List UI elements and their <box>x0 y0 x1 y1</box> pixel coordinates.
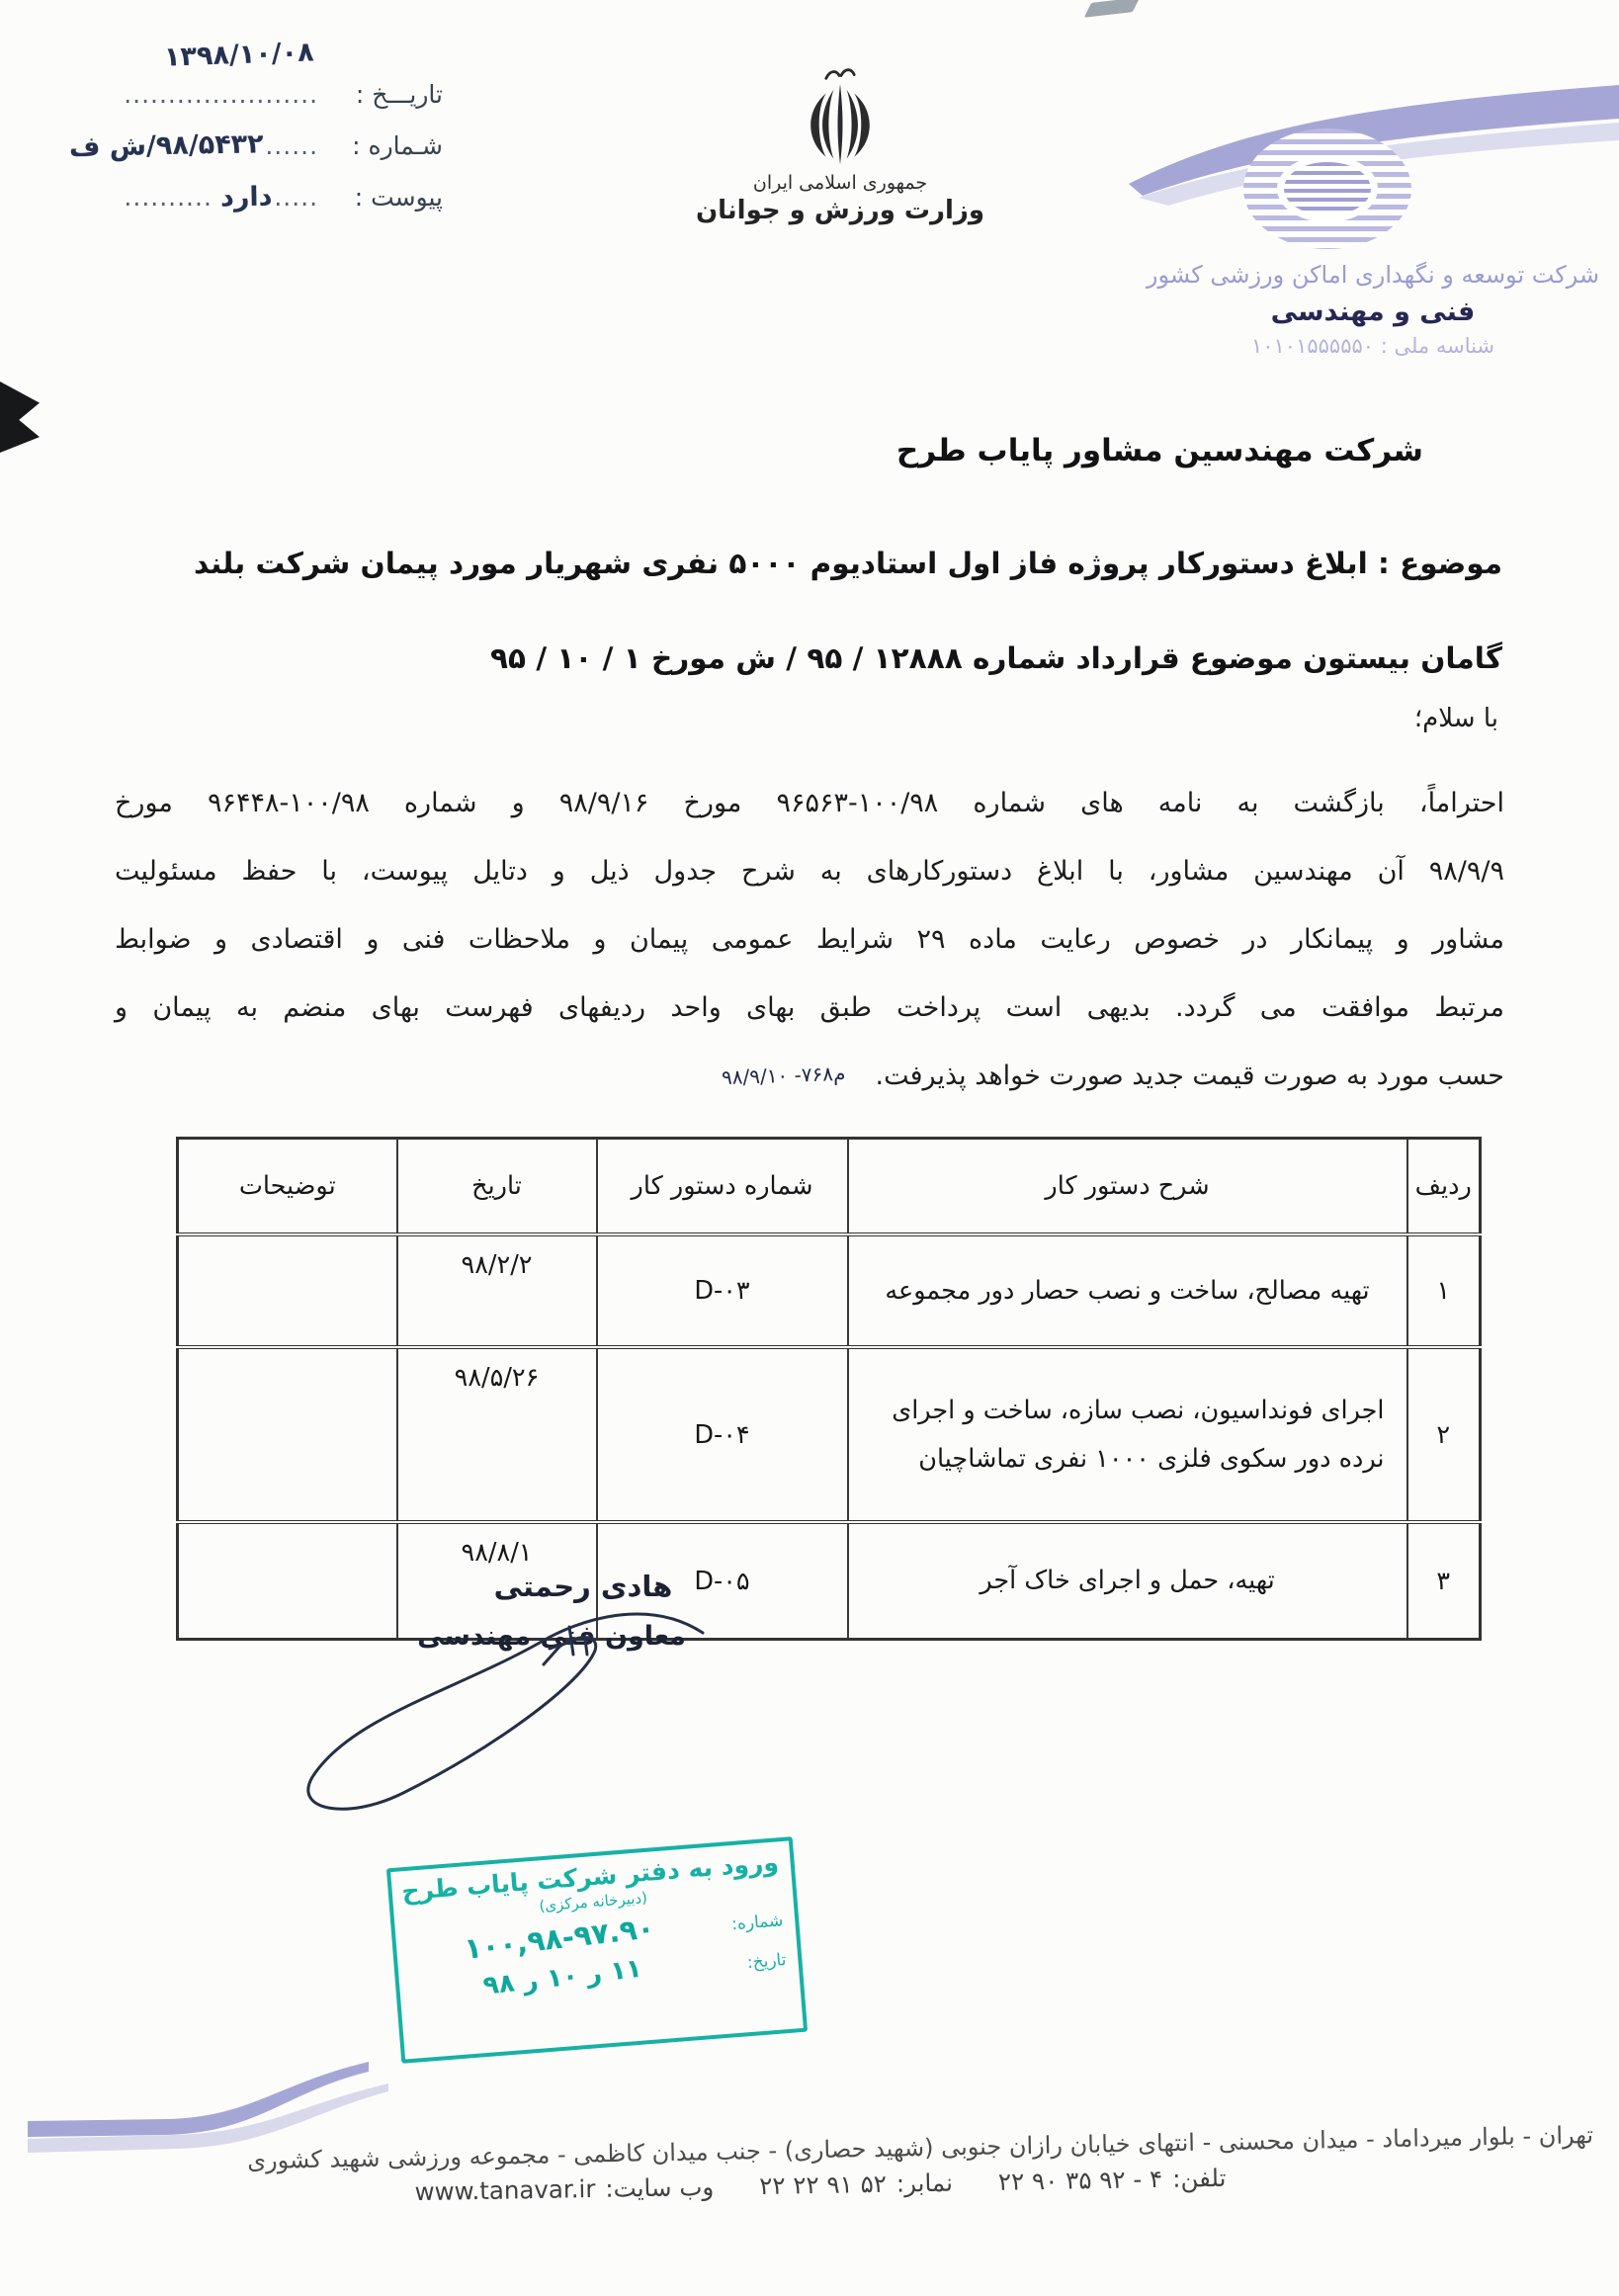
recipient-title: شرکت مهندسین مشاور پایاب طرح <box>896 433 1423 468</box>
date-label: تاریـــخ : <box>326 69 443 121</box>
striped-oval-logo-icon <box>1243 128 1411 249</box>
footer-website: وب سایت: www.tanavar.ir <box>414 2172 714 2206</box>
scanned-letter-page: تاریـــخ : ...................... ۱۳۹۸/۱… <box>0 0 1619 2296</box>
table-row: ۲ اجرای فونداسیون، نصب سازه، ساخت و اجرا… <box>178 1347 1481 1522</box>
body-line: ۹۸/۹/۹ آن مهندسین مشاور، با ابلاغ دستورک… <box>115 837 1504 905</box>
table-header: ردیف شرح دستور کار شماره دستور کار تاریخ… <box>178 1139 1481 1235</box>
footer-contacts: تلفن: ۴ - ۹۲ ۳۵ ۹۰ ۲۲ نمابر: ۵۲ ۹۱ ۲۲ ۲۲… <box>425 2164 1216 2206</box>
letter-body: احتراماً، بازگشت به نامه های شماره ۱۰۰/۹… <box>115 769 1504 1110</box>
date-leader-dots: ...................... <box>124 80 318 109</box>
org-national-id: شناسه ملی : ۱۰۱۰۱۵۵۵۵۵۰ <box>1127 334 1619 358</box>
stamp-number-label: شماره: <box>710 1911 784 1936</box>
fax-label: نمابر: <box>896 2168 954 2198</box>
stamp-date-label: تاریخ: <box>713 1950 787 1976</box>
body-line: احتراماً، بازگشت به نامه های شماره ۱۰۰/۹… <box>115 769 1504 837</box>
attachment-label: پیوست : <box>326 172 443 223</box>
cell-row-no: ۲ <box>1407 1347 1481 1522</box>
phone-value: ۴ - ۹۲ ۳۵ ۹۰ ۲۲ <box>998 2165 1163 2196</box>
number-label: شـماره : <box>326 121 443 172</box>
cell-notes <box>178 1347 397 1522</box>
col-header-row-no: ردیف <box>1407 1139 1481 1235</box>
cell-description: اجرای فونداسیون، نصب سازه، ساخت و اجرای … <box>848 1347 1407 1522</box>
org-company-name: شرکت توسعه و نگهداری اماکن ورزشی کشور <box>1127 261 1619 289</box>
phone-label: تلفن: <box>1172 2164 1227 2193</box>
date-field: ...................... ۱۳۹۸/۱۰/۰۸ <box>124 69 318 121</box>
attachment-handwritten-value: دارد <box>219 172 272 224</box>
footer-fax: نمابر: ۵۲ ۹۱ ۲۲ ۲۲ <box>759 2168 953 2200</box>
body-line-last: حسب مورد به صورت قیمت جدید صورت خواهد پذ… <box>115 1042 1504 1110</box>
fax-value: ۵۲ ۹۱ ۲۲ ۲۲ <box>759 2169 887 2200</box>
subject-block: موضوع : ابلاغ دستورکار پروژه فاز اول است… <box>115 516 1502 706</box>
cell-row-no: ۳ <box>1407 1522 1481 1640</box>
work-orders-table: ردیف شرح دستور کار شماره دستور کار تاریخ… <box>176 1137 1482 1641</box>
col-header-description: شرح دستور کار <box>848 1139 1407 1235</box>
cell-row-no: ۱ <box>1407 1234 1481 1347</box>
meta-attachment-row: پیوست : ..... دارد .......... <box>47 172 443 223</box>
handwritten-signature-icon <box>253 1591 727 1819</box>
number-handwritten-value: ۹۸/۵۴۳۲/ش ف <box>68 119 264 173</box>
meta-number-row: شـماره : ...... ۹۸/۵۴۳۲/ش ف <box>47 121 443 172</box>
ministry-name: وزارت ورزش و جوانان <box>692 196 988 225</box>
organization-block: شرکت توسعه و نگهداری اماکن ورزشی کشور فن… <box>1127 49 1619 376</box>
number-leader-dots: ...... <box>265 131 318 160</box>
scan-artifact-left-edge <box>0 382 40 453</box>
website-value: www.tanavar.ir <box>414 2174 595 2206</box>
subject-line-1: موضوع : ابلاغ دستورکار پروژه فاز اول است… <box>115 516 1502 611</box>
country-name: جمهوری اسلامی ایران <box>692 172 988 194</box>
meta-date-row: تاریـــخ : ...................... ۱۳۹۸/۱… <box>47 69 443 121</box>
cell-description: تهیه مصالح، ساخت و نصب حصار دور مجموعه <box>848 1234 1407 1347</box>
col-header-date: تاریخ <box>397 1139 597 1235</box>
cell-date: ۹۸/۲/۲ <box>397 1234 597 1347</box>
cell-order-no: D-۰۳ <box>597 1234 848 1347</box>
cell-order-no: D-۰۴ <box>597 1347 848 1522</box>
col-header-notes: توضیحات <box>178 1139 397 1235</box>
body-line: مرتبط موافقت می گردد. بدیهی است پرداخت ط… <box>115 974 1504 1042</box>
body-line-last-text: حسب مورد به صورت قیمت جدید صورت خواهد پذ… <box>876 1061 1504 1091</box>
striped-oval-logo-core <box>1277 155 1378 222</box>
body-line: مشاور و پیمانکار در خصوص رعایت ماده ۲۹ ش… <box>115 905 1504 974</box>
letter-meta-block: تاریـــخ : ...................... ۱۳۹۸/۱… <box>47 69 443 223</box>
website-label: وب سایت: <box>605 2172 714 2203</box>
col-header-order-no: شماره دستور کار <box>597 1139 848 1235</box>
table-row: ۱ تهیه مصالح، ساخت و نصب حصار دور مجموعه… <box>178 1234 1481 1347</box>
cell-description: تهیه، حمل و اجرای خاک آجر <box>848 1522 1407 1640</box>
iran-emblem-icon <box>795 67 886 170</box>
handwritten-annotation: م۷۶۸- ۹۸/۹/۱۰ <box>720 1040 846 1112</box>
attachment-dots-right: ..... <box>274 183 318 212</box>
salutation: با سلام؛ <box>1414 704 1498 733</box>
cell-date: ۹۸/۵/۲۶ <box>397 1347 597 1522</box>
org-department-name: فنی و مهندسی <box>1127 297 1619 327</box>
scan-artifact-top <box>1084 0 1141 18</box>
date-handwritten-value: ۱۳۹۸/۱۰/۰۸ <box>164 27 315 83</box>
cell-notes <box>178 1234 397 1347</box>
footer-phone: تلفن: ۴ - ۹۲ ۳۵ ۹۰ ۲۲ <box>998 2164 1227 2196</box>
office-entry-stamp: ورود به دفتر شرکت پایاب طرح (دبیرخانه مر… <box>386 1836 808 2064</box>
national-header: جمهوری اسلامی ایران وزارت ورزش و جوانان <box>692 67 988 225</box>
attachment-dots-left: .......... <box>124 183 212 212</box>
subject-line-2: گامان بیستون موضوع قرارداد شماره ۱۲۸۸۸ /… <box>115 611 1502 706</box>
